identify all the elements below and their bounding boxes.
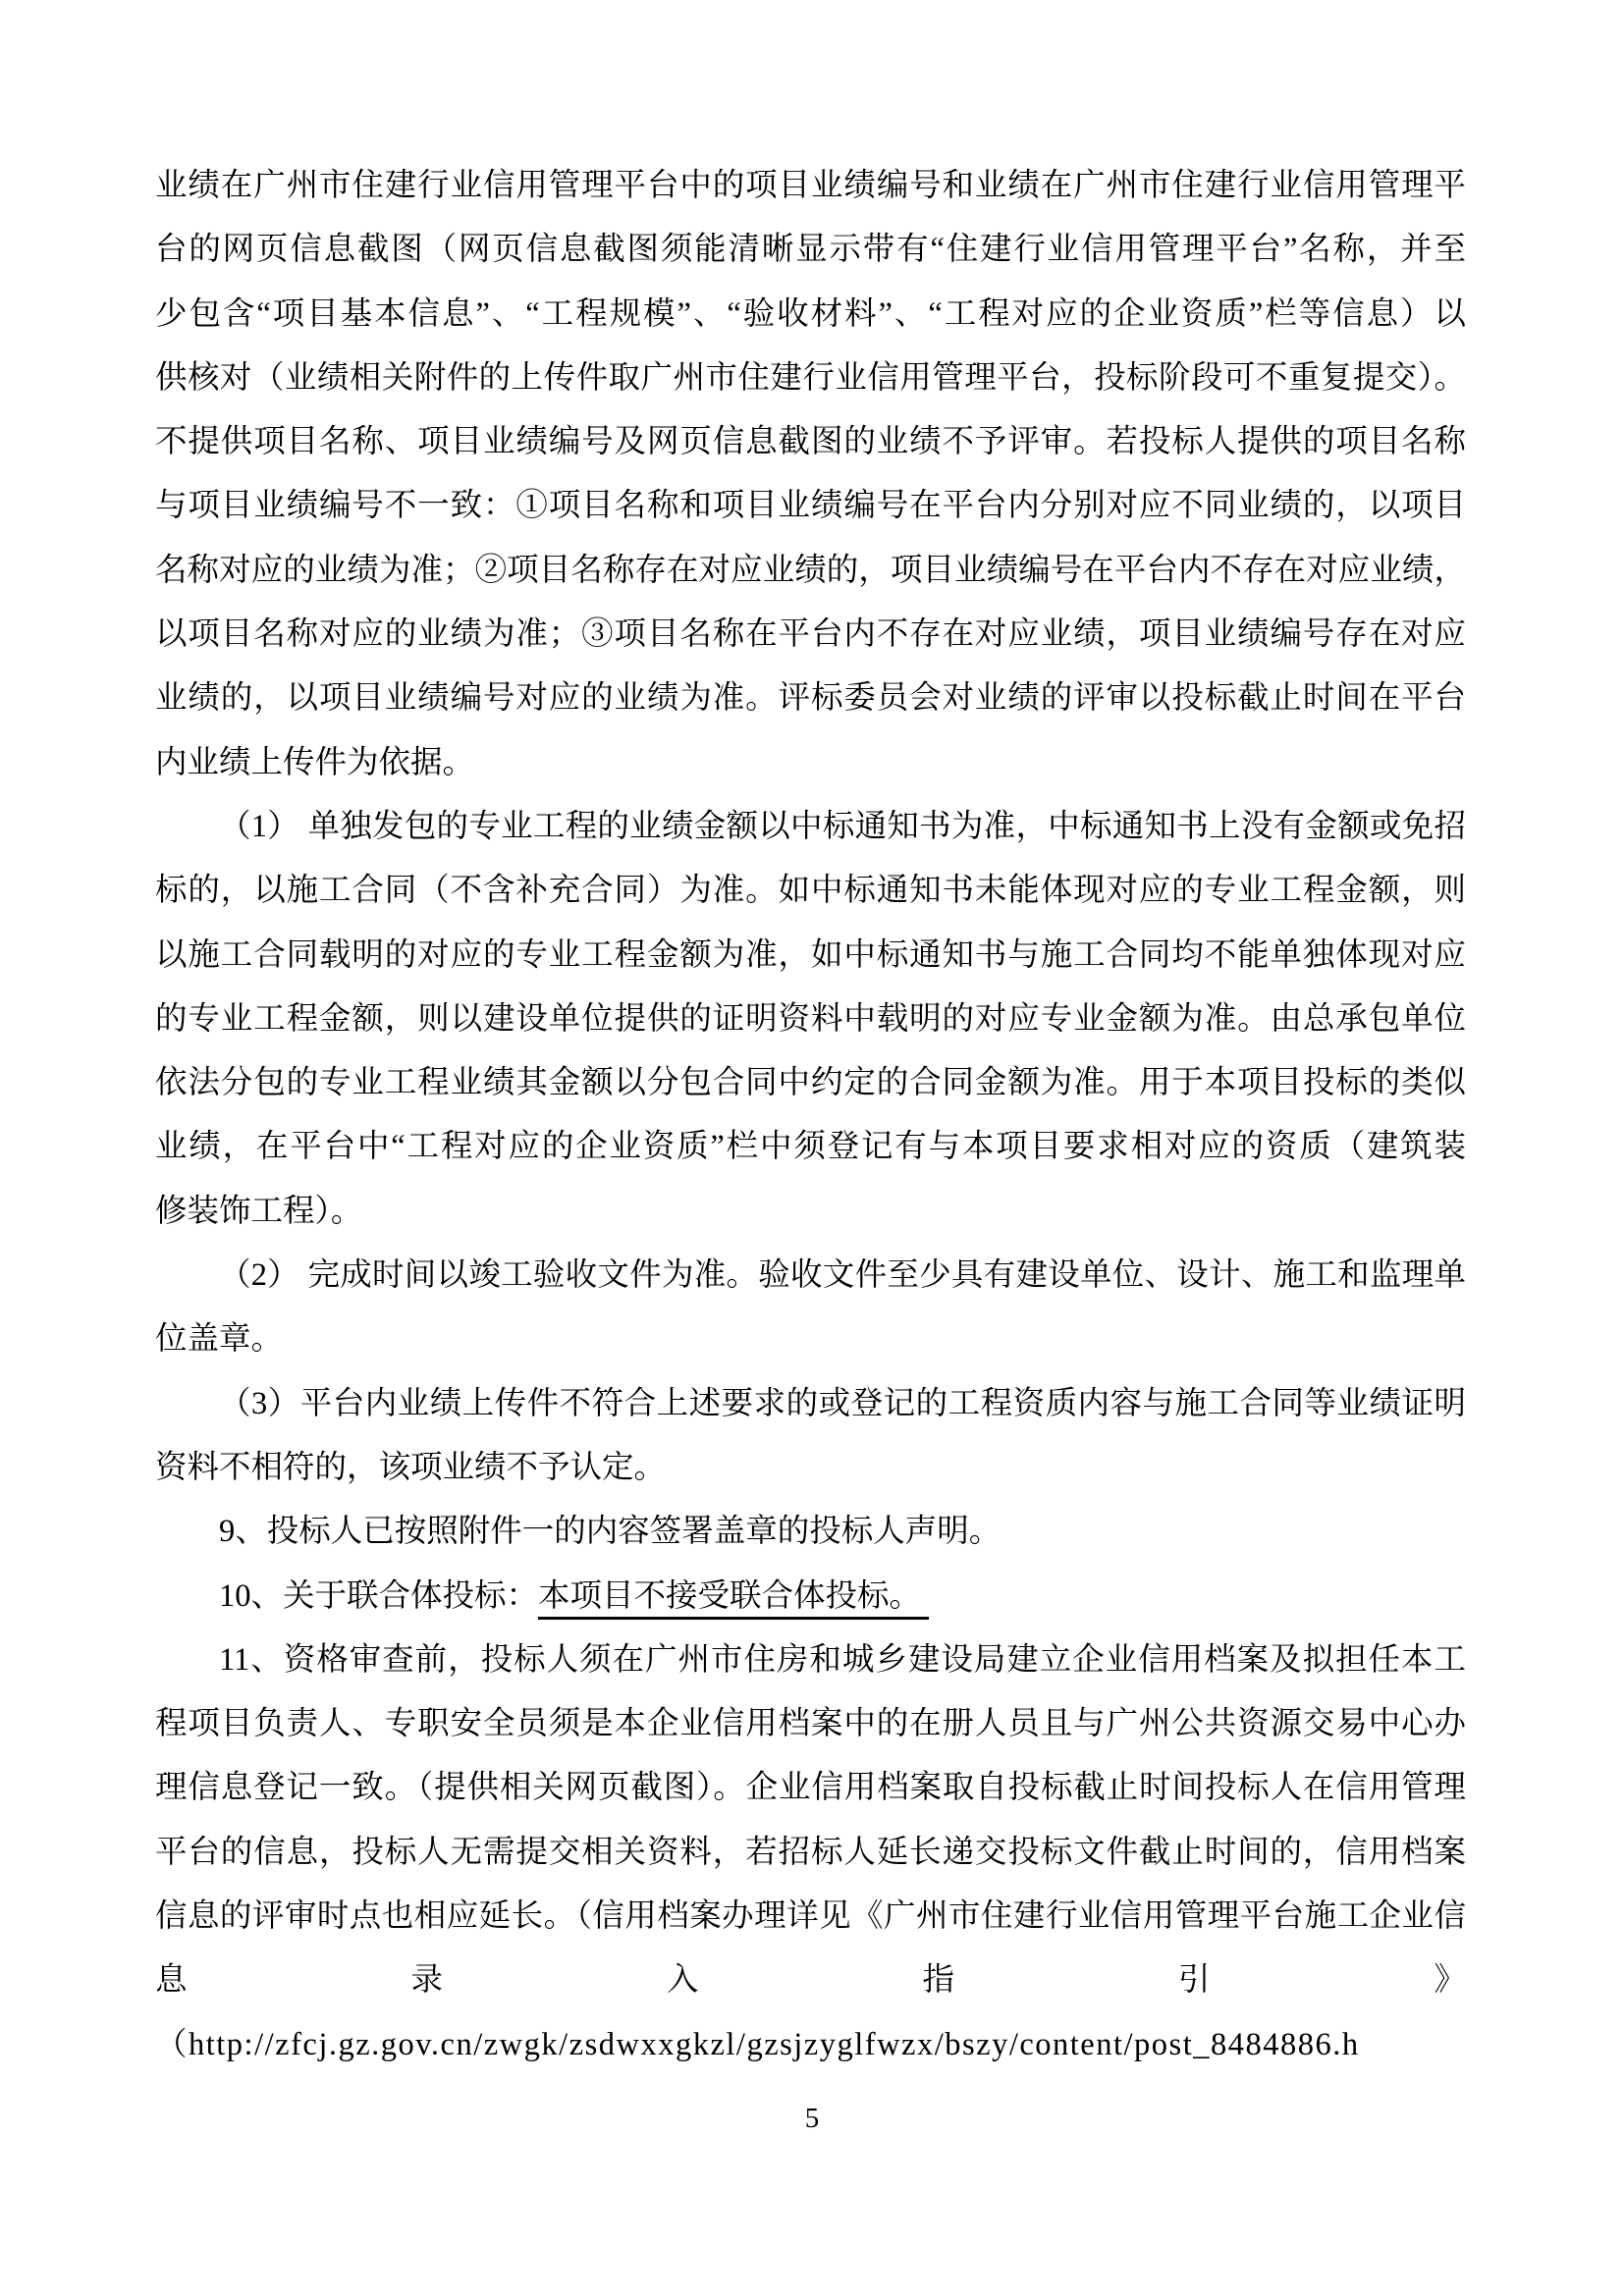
text-line: 依法分包的专业工程业绩其金额以分包合同中约定的合同金额为准。用于本项目投标的类似: [155, 1051, 1466, 1115]
text-segment: 理信息登记一致。（提供相关网页截图）。企业信用档案取自投标截止时间投标人在信用管…: [155, 1770, 1466, 1805]
text-segment: 供核对（业绩相关附件的上传件取广州市住建行业信用管理平台，投标阶段可不重复提交）…: [155, 360, 1466, 396]
text-segment: 资料不相符的，该项业绩不予认定。: [155, 1450, 666, 1485]
text-segment: 10、关于联合体投标：: [219, 1578, 538, 1614]
text-segment: 台的网页信息截图（网页信息截图须能清晰显示带有“住建行业信用管理平台”名称，并至: [155, 232, 1466, 267]
text-line: 10、关于联合体投标：本项目不接受联合体投标。: [155, 1565, 1466, 1629]
text-line: 业绩的，以项目业绩编号对应的业绩为准。评标委员会对业绩的评审以投标截止时间在平台: [155, 667, 1466, 730]
text-segment: 的专业工程金额，则以建设单位提供的证明资料中载明的对应专业金额为准。由总承包单位: [155, 1001, 1466, 1037]
text-segment: 与项目业绩编号不一致：①项目名称和项目业绩编号在平台内分别对应不同业绩的，以项目: [155, 488, 1466, 523]
text-line: 理信息登记一致。（提供相关网页截图）。企业信用档案取自投标截止时间投标人在信用管…: [155, 1756, 1466, 1820]
text-line: 业绩在广州市住建行业信用管理平台中的项目业绩编号和业绩在广州市住建行业信用管理平: [155, 154, 1466, 218]
text-segment: 息录入指引》: [155, 1962, 1466, 1998]
text-segment: （http://zfcj.gz.gov.cn/zwgk/zsdwxxgkzl/g…: [155, 2027, 1360, 2062]
text-line: 标的，以施工合同（不含补充合同）为准。如中标通知书未能体现对应的专业工程金额，则: [155, 859, 1466, 923]
text-line: （2） 完成时间以竣工验收文件为准。验收文件至少具有建设单位、设计、施工和监理单: [155, 1244, 1466, 1308]
text-segment: 以施工合同载明的对应的专业工程金额为准，如中标通知书与施工合同均不能单独体现对应: [155, 937, 1466, 973]
text-segment: （1） 单独发包的专业工程的业绩金额以中标通知书为准，中标通知书上没有金额或免招: [219, 809, 1466, 844]
text-line: 平台的信息，投标人无需提交相关资料，若招标人延长递交投标文件截止时间的，信用档案: [155, 1821, 1466, 1885]
text-line: 程项目负责人、专职安全员须是本企业信用档案中的在册人员且与广州公共资源交易中心办: [155, 1692, 1466, 1756]
text-segment: （3）平台内业绩上传件不符合上述要求的或登记的工程资质内容与施工合同等业绩证明: [219, 1386, 1466, 1421]
text-segment: 少包含“项目基本信息”、“工程规模”、“验收材料”、“工程对应的企业资质”栏等信…: [155, 296, 1466, 332]
text-segment: 平台的信息，投标人无需提交相关资料，若招标人延长递交投标文件截止时间的，信用档案: [155, 1835, 1466, 1870]
text-line: （1） 单独发包的专业工程的业绩金额以中标通知书为准，中标通知书上没有金额或免招: [155, 795, 1466, 859]
text-line: 业绩，在平台中“工程对应的企业资质”栏中须登记有与本项目要求相对应的资质（建筑装: [155, 1115, 1466, 1179]
text-segment: 9、投标人已按照附件一的内容签署盖章的投标人声明。: [219, 1514, 1001, 1549]
text-line: 的专业工程金额，则以建设单位提供的证明资料中载明的对应专业金额为准。由总承包单位: [155, 988, 1466, 1051]
text-line: 台的网页信息截图（网页信息截图须能清晰显示带有“住建行业信用管理平台”名称，并至: [155, 218, 1466, 282]
text-line: 内业绩上传件为依据。: [155, 731, 1466, 795]
text-segment: 内业绩上传件为依据。: [155, 745, 474, 780]
text-line: 息录入指引》: [155, 1949, 1466, 2012]
text-line: 以项目名称对应的业绩为准；③项目名称在平台内不存在对应业绩，项目业绩编号存在对应: [155, 603, 1466, 667]
text-segment: 11、资格审查前，投标人须在广州市住房和城乡建设局建立企业信用档案及拟担任本工: [219, 1642, 1466, 1678]
text-line: 供核对（业绩相关附件的上传件取广州市住建行业信用管理平台，投标阶段可不重复提交）…: [155, 347, 1466, 410]
text-line: 9、投标人已按照附件一的内容签署盖章的投标人声明。: [155, 1500, 1466, 1564]
text-segment: 位盖章。: [155, 1321, 283, 1357]
document-page: 业绩在广州市住建行业信用管理平台中的项目业绩编号和业绩在广州市住建行业信用管理平…: [0, 0, 1624, 2296]
text-segment: 修装饰工程）。: [155, 1194, 362, 1229]
text-line: 11、资格审查前，投标人须在广州市住房和城乡建设局建立企业信用档案及拟担任本工: [155, 1629, 1466, 1692]
text-line: 位盖章。: [155, 1308, 1466, 1371]
text-segment: 标的，以施工合同（不含补充合同）为准。如中标通知书未能体现对应的专业工程金额，则: [155, 873, 1466, 908]
text-line: 信息的评审时点也相应延长。（信用档案办理详见《广州市住建行业信用管理平台施工企业…: [155, 1885, 1466, 1949]
text-line: 修装饰工程）。: [155, 1180, 1466, 1244]
text-line: （3）平台内业绩上传件不符合上述要求的或登记的工程资质内容与施工合同等业绩证明: [155, 1372, 1466, 1436]
text-segment: 程项目负责人、专职安全员须是本企业信用档案中的在册人员且与广州公共资源交易中心办: [155, 1706, 1466, 1741]
text-segment: 信息的评审时点也相应延长。（信用档案办理详见《广州市住建行业信用管理平台施工企业…: [155, 1898, 1466, 1934]
text-line: 资料不相符的，该项业绩不予认定。: [155, 1436, 1466, 1500]
text-line: 与项目业绩编号不一致：①项目名称和项目业绩编号在平台内分别对应不同业绩的，以项目: [155, 474, 1466, 538]
text-segment: 业绩在广州市住建行业信用管理平台中的项目业绩编号和业绩在广州市住建行业信用管理平: [155, 168, 1466, 203]
text-segment: 名称对应的业绩为准；②项目名称存在对应业绩的，项目业绩编号在平台内不存在对应业绩…: [155, 553, 1466, 588]
document-body: 业绩在广州市住建行业信用管理平台中的项目业绩编号和业绩在广州市住建行业信用管理平…: [155, 154, 1466, 2077]
text-segment: 不提供项目名称、项目业绩编号及网页信息截图的业绩不予评审。若投标人提供的项目名称: [155, 424, 1466, 459]
text-line: 以施工合同载明的对应的专业工程金额为准，如中标通知书与施工合同均不能单独体现对应: [155, 924, 1466, 988]
text-line: 名称对应的业绩为准；②项目名称存在对应业绩的，项目业绩编号在平台内不存在对应业绩…: [155, 539, 1466, 603]
text-line: 不提供项目名称、项目业绩编号及网页信息截图的业绩不予评审。若投标人提供的项目名称: [155, 410, 1466, 474]
page-number: 5: [0, 2101, 1624, 2136]
text-segment: 以项目名称对应的业绩为准；③项目名称在平台内不存在对应业绩，项目业绩编号存在对应: [155, 616, 1466, 652]
text-segment: 依法分包的专业工程业绩其金额以分包合同中约定的合同金额为准。用于本项目投标的类似: [155, 1065, 1466, 1100]
text-segment: 业绩，在平台中“工程对应的企业资质”栏中须登记有与本项目要求相对应的资质（建筑装: [155, 1129, 1466, 1164]
text-line: （http://zfcj.gz.gov.cn/zwgk/zsdwxxgkzl/g…: [155, 2013, 1466, 2077]
text-segment: 业绩的，以项目业绩编号对应的业绩为准。评标委员会对业绩的评审以投标截止时间在平台: [155, 680, 1466, 716]
text-segment: （2） 完成时间以竣工验收文件为准。验收文件至少具有建设单位、设计、施工和监理单: [219, 1257, 1466, 1293]
text-line: 少包含“项目基本信息”、“工程规模”、“验收材料”、“工程对应的企业资质”栏等信…: [155, 283, 1466, 347]
underlined-text: 本项目不接受联合体投标。: [538, 1578, 929, 1620]
